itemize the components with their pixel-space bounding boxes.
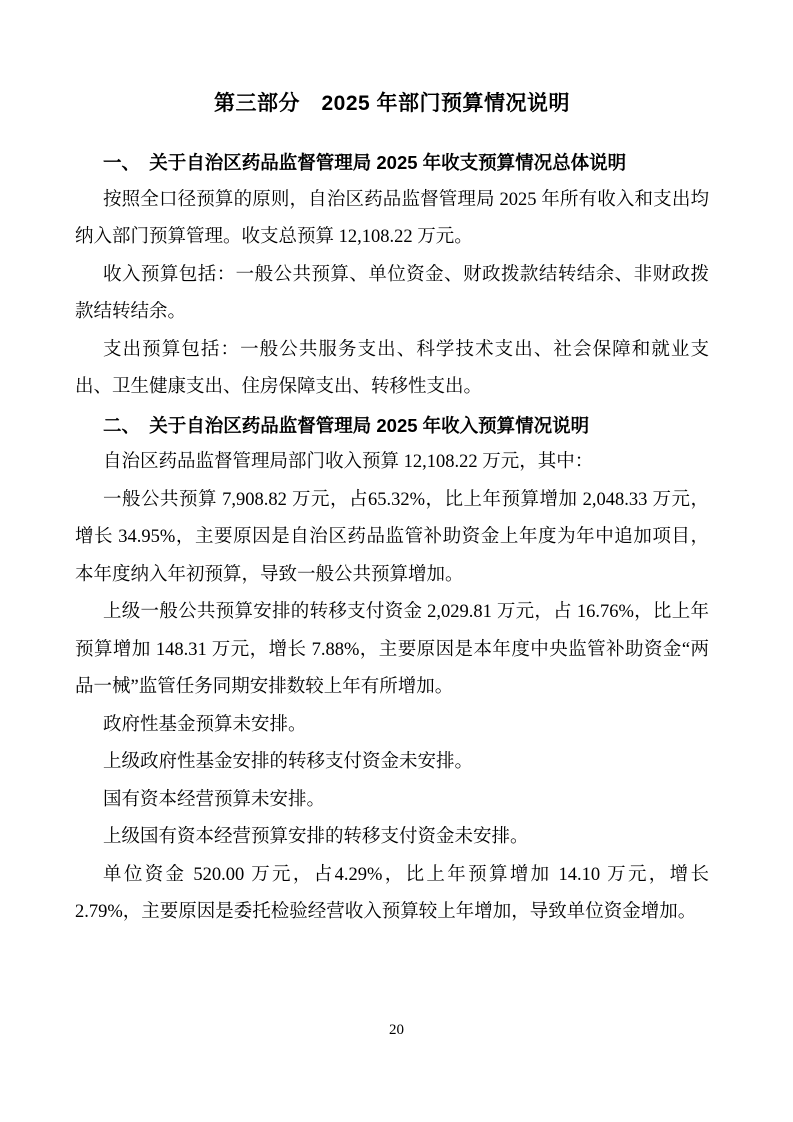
- body-paragraph: 单位资金 520.00 万元，占4.29%，比上年预算增加 14.10 万元，增…: [75, 857, 709, 932]
- body-paragraph: 国有资本经营预算未安排。: [75, 782, 709, 820]
- document-content: 第三部分 2025 年部门预算情况说明 一、 关于自治区药品监督管理局 2025…: [75, 84, 709, 932]
- body-paragraph: 上级一般公共预算安排的转移支付资金 2,029.81 万元，占 16.76%，比…: [75, 594, 709, 707]
- document-title: 第三部分 2025 年部门预算情况说明: [75, 84, 709, 124]
- section-heading-2: 二、 关于自治区药品监督管理局 2025 年收入预算情况说明: [75, 407, 709, 445]
- section-heading-1: 一、 关于自治区药品监督管理局 2025 年收支预算情况总体说明: [75, 144, 709, 182]
- body-paragraph: 上级国有资本经营预算安排的转移支付资金未安排。: [75, 819, 709, 857]
- page-number: 20: [0, 1018, 793, 1042]
- body-paragraph: 上级政府性基金安排的转移支付资金未安排。: [75, 744, 709, 782]
- body-paragraph: 一般公共预算 7,908.82 万元，占65.32%，比上年预算增加 2,048…: [75, 482, 709, 595]
- body-paragraph: 按照全口径预算的原则，自治区药品监督管理局 2025 年所有收入和支出均纳入部门…: [75, 182, 709, 257]
- body-paragraph: 收入预算包括：一般公共预算、单位资金、财政拨款结转结余、非财政拨款结转结余。: [75, 257, 709, 332]
- body-paragraph: 政府性基金预算未安排。: [75, 707, 709, 745]
- body-paragraph: 支出预算包括：一般公共服务支出、科学技术支出、社会保障和就业支出、卫生健康支出、…: [75, 332, 709, 407]
- body-paragraph: 自治区药品监督管理局部门收入预算 12,108.22 万元，其中：: [75, 444, 709, 482]
- document-page: 第三部分 2025 年部门预算情况说明 一、 关于自治区药品监督管理局 2025…: [0, 0, 793, 1122]
